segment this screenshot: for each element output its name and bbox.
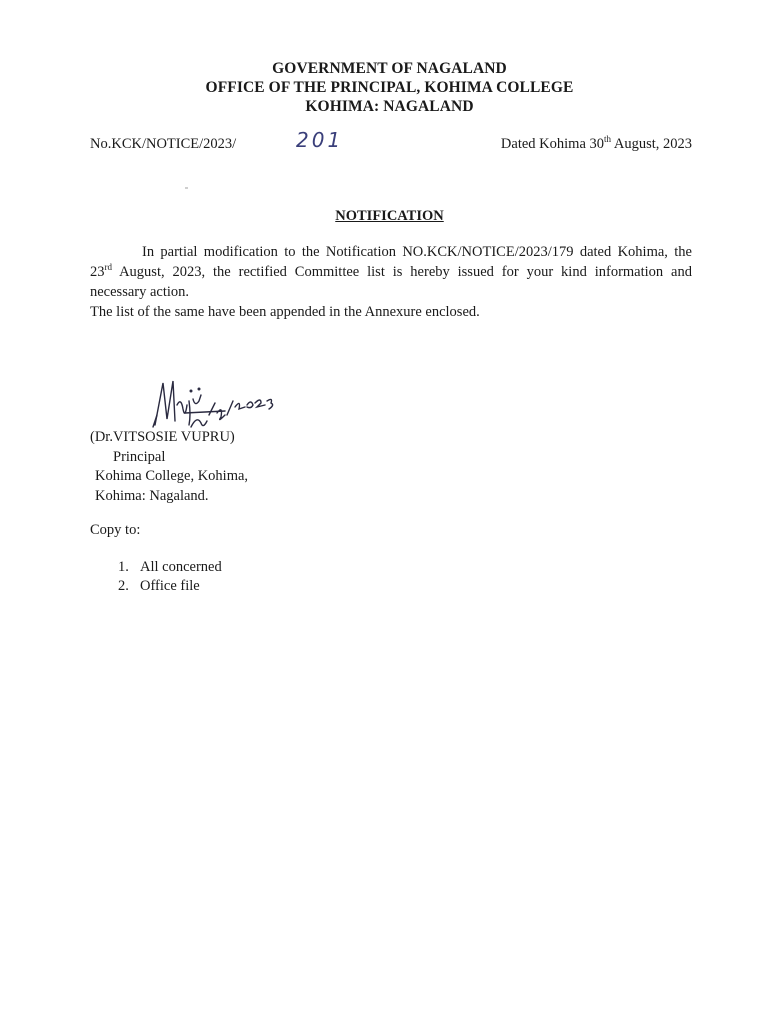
signature-icon	[145, 375, 285, 435]
signatory-address-line1: Kohima College, Kohima,	[90, 467, 248, 487]
letterhead-office: OFFICE OF THE PRINCIPAL, KOHIMA COLLEGE	[0, 78, 779, 97]
para1-part2: August, 2023, the rectified Committee li…	[90, 264, 692, 300]
body-paragraph-2: The list of the same have been appended …	[90, 302, 692, 322]
notification-body: In partial modification to the Notificat…	[90, 242, 692, 322]
reference-row: No.KCK/NOTICE/2023/ 201 Dated Kohima 30t…	[90, 132, 692, 156]
reference-date: Dated Kohima 30th August, 2023	[501, 136, 692, 153]
copy-item-number: 2.	[118, 577, 140, 596]
date-prefix: Dated Kohima 30	[501, 136, 604, 152]
scan-speck	[185, 187, 188, 189]
copy-to-list: 1.All concerned 2.Office file	[118, 558, 222, 596]
para1-ordinal: rd	[105, 262, 113, 272]
copy-item-number: 1.	[118, 558, 140, 577]
reference-number: No.KCK/NOTICE/2023/	[90, 136, 236, 153]
document-title: NOTIFICATION	[0, 208, 779, 225]
signatory-address-line2: Kohima: Nagaland.	[90, 487, 248, 507]
date-suffix: August, 2023	[611, 136, 692, 152]
copy-to-item: 1.All concerned	[118, 558, 222, 577]
signatory-designation: Principal	[90, 448, 248, 468]
letterhead: GOVERNMENT OF NAGALAND OFFICE OF THE PRI…	[0, 59, 779, 116]
letterhead-location: KOHIMA: NAGALAND	[0, 97, 779, 116]
date-ordinal: th	[604, 134, 611, 144]
copy-to-label: Copy to:	[90, 522, 140, 539]
handwritten-reference-number: 201	[296, 128, 343, 152]
letterhead-government: GOVERNMENT OF NAGALAND	[0, 59, 779, 78]
signatory-block: (Dr.VITSOSIE VUPRU) Principal Kohima Col…	[90, 428, 248, 506]
copy-to-item: 2.Office file	[118, 577, 222, 596]
handwritten-signature	[145, 375, 285, 435]
body-paragraph-1: In partial modification to the Notificat…	[90, 242, 692, 302]
copy-item-text: Office file	[140, 577, 200, 596]
signatory-name: (Dr.VITSOSIE VUPRU)	[90, 428, 248, 448]
copy-item-text: All concerned	[140, 558, 222, 577]
